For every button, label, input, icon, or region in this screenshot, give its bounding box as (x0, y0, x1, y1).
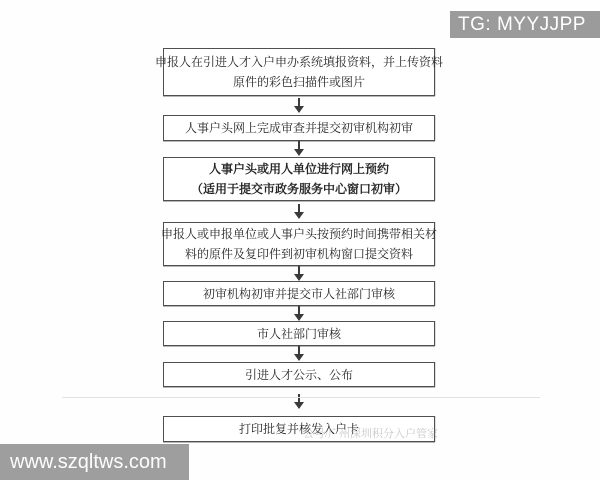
flowchart-page: TG: MYYJJPP 申报人在引进人才入户申办系统填报资料，并上传资料原件的彩… (0, 0, 600, 480)
flowchart: 申报人在引进人才入户申办系统填报资料，并上传资料原件的彩色扫描件或图片人事户头网… (0, 0, 600, 480)
down-arrow-icon (291, 141, 307, 158)
flow-step-2: 人事户头网上完成审查并提交初审机构初审 (163, 115, 435, 141)
flow-step-6: 市人社部门审核 (163, 321, 435, 346)
flow-step-line: 初审机构初审并提交市人社部门审核 (203, 284, 395, 304)
flow-step-line: 申报人在引进人才入户申办系统填报资料，并上传资料 (155, 52, 443, 72)
flow-step-line: （适用于提交市政务服务中心窗口初审） (191, 179, 407, 199)
down-arrow-icon (291, 204, 307, 221)
flow-step-1: 申报人在引进人才入户申办系统填报资料，并上传资料原件的彩色扫描件或图片 (163, 48, 435, 96)
flow-step-line: 人事户头或用人单位进行网上预约 (209, 159, 389, 179)
flow-step-7: 引进人才公示、公布 (163, 362, 435, 387)
divider-line (62, 397, 540, 398)
flow-step-line: 打印批复并核发入户卡 (239, 419, 359, 439)
flow-step-line: 料的原件及复印件到初审机构窗口提交资料 (185, 244, 413, 264)
down-arrow-icon (291, 346, 307, 363)
flow-step-4: 申报人或申报单位或人事户头按预约时间携带相关材料的原件及复印件到初审机构窗口提交… (163, 222, 435, 266)
flow-step-line: 人事户头网上完成审查并提交初审机构初审 (185, 118, 413, 138)
flow-step-8: 打印批复并核发入户卡 (163, 416, 435, 442)
url-watermark-text: www.szqltws.com (10, 451, 167, 474)
flow-step-line: 市人社部门审核 (257, 324, 341, 344)
down-arrow-icon (291, 98, 307, 115)
url-watermark-badge: www.szqltws.com (0, 444, 189, 480)
flow-step-line: 原件的彩色扫描件或图片 (233, 72, 365, 92)
flow-step-3: 人事户头或用人单位进行网上预约（适用于提交市政务服务中心窗口初审） (163, 157, 435, 201)
flow-step-line: 申报人或申报单位或人事户头按预约时间携带相关材 (161, 224, 437, 244)
flow-step-line: 引进人才公示、公布 (245, 365, 353, 385)
flow-step-5: 初审机构初审并提交市人社部门审核 (163, 281, 435, 306)
